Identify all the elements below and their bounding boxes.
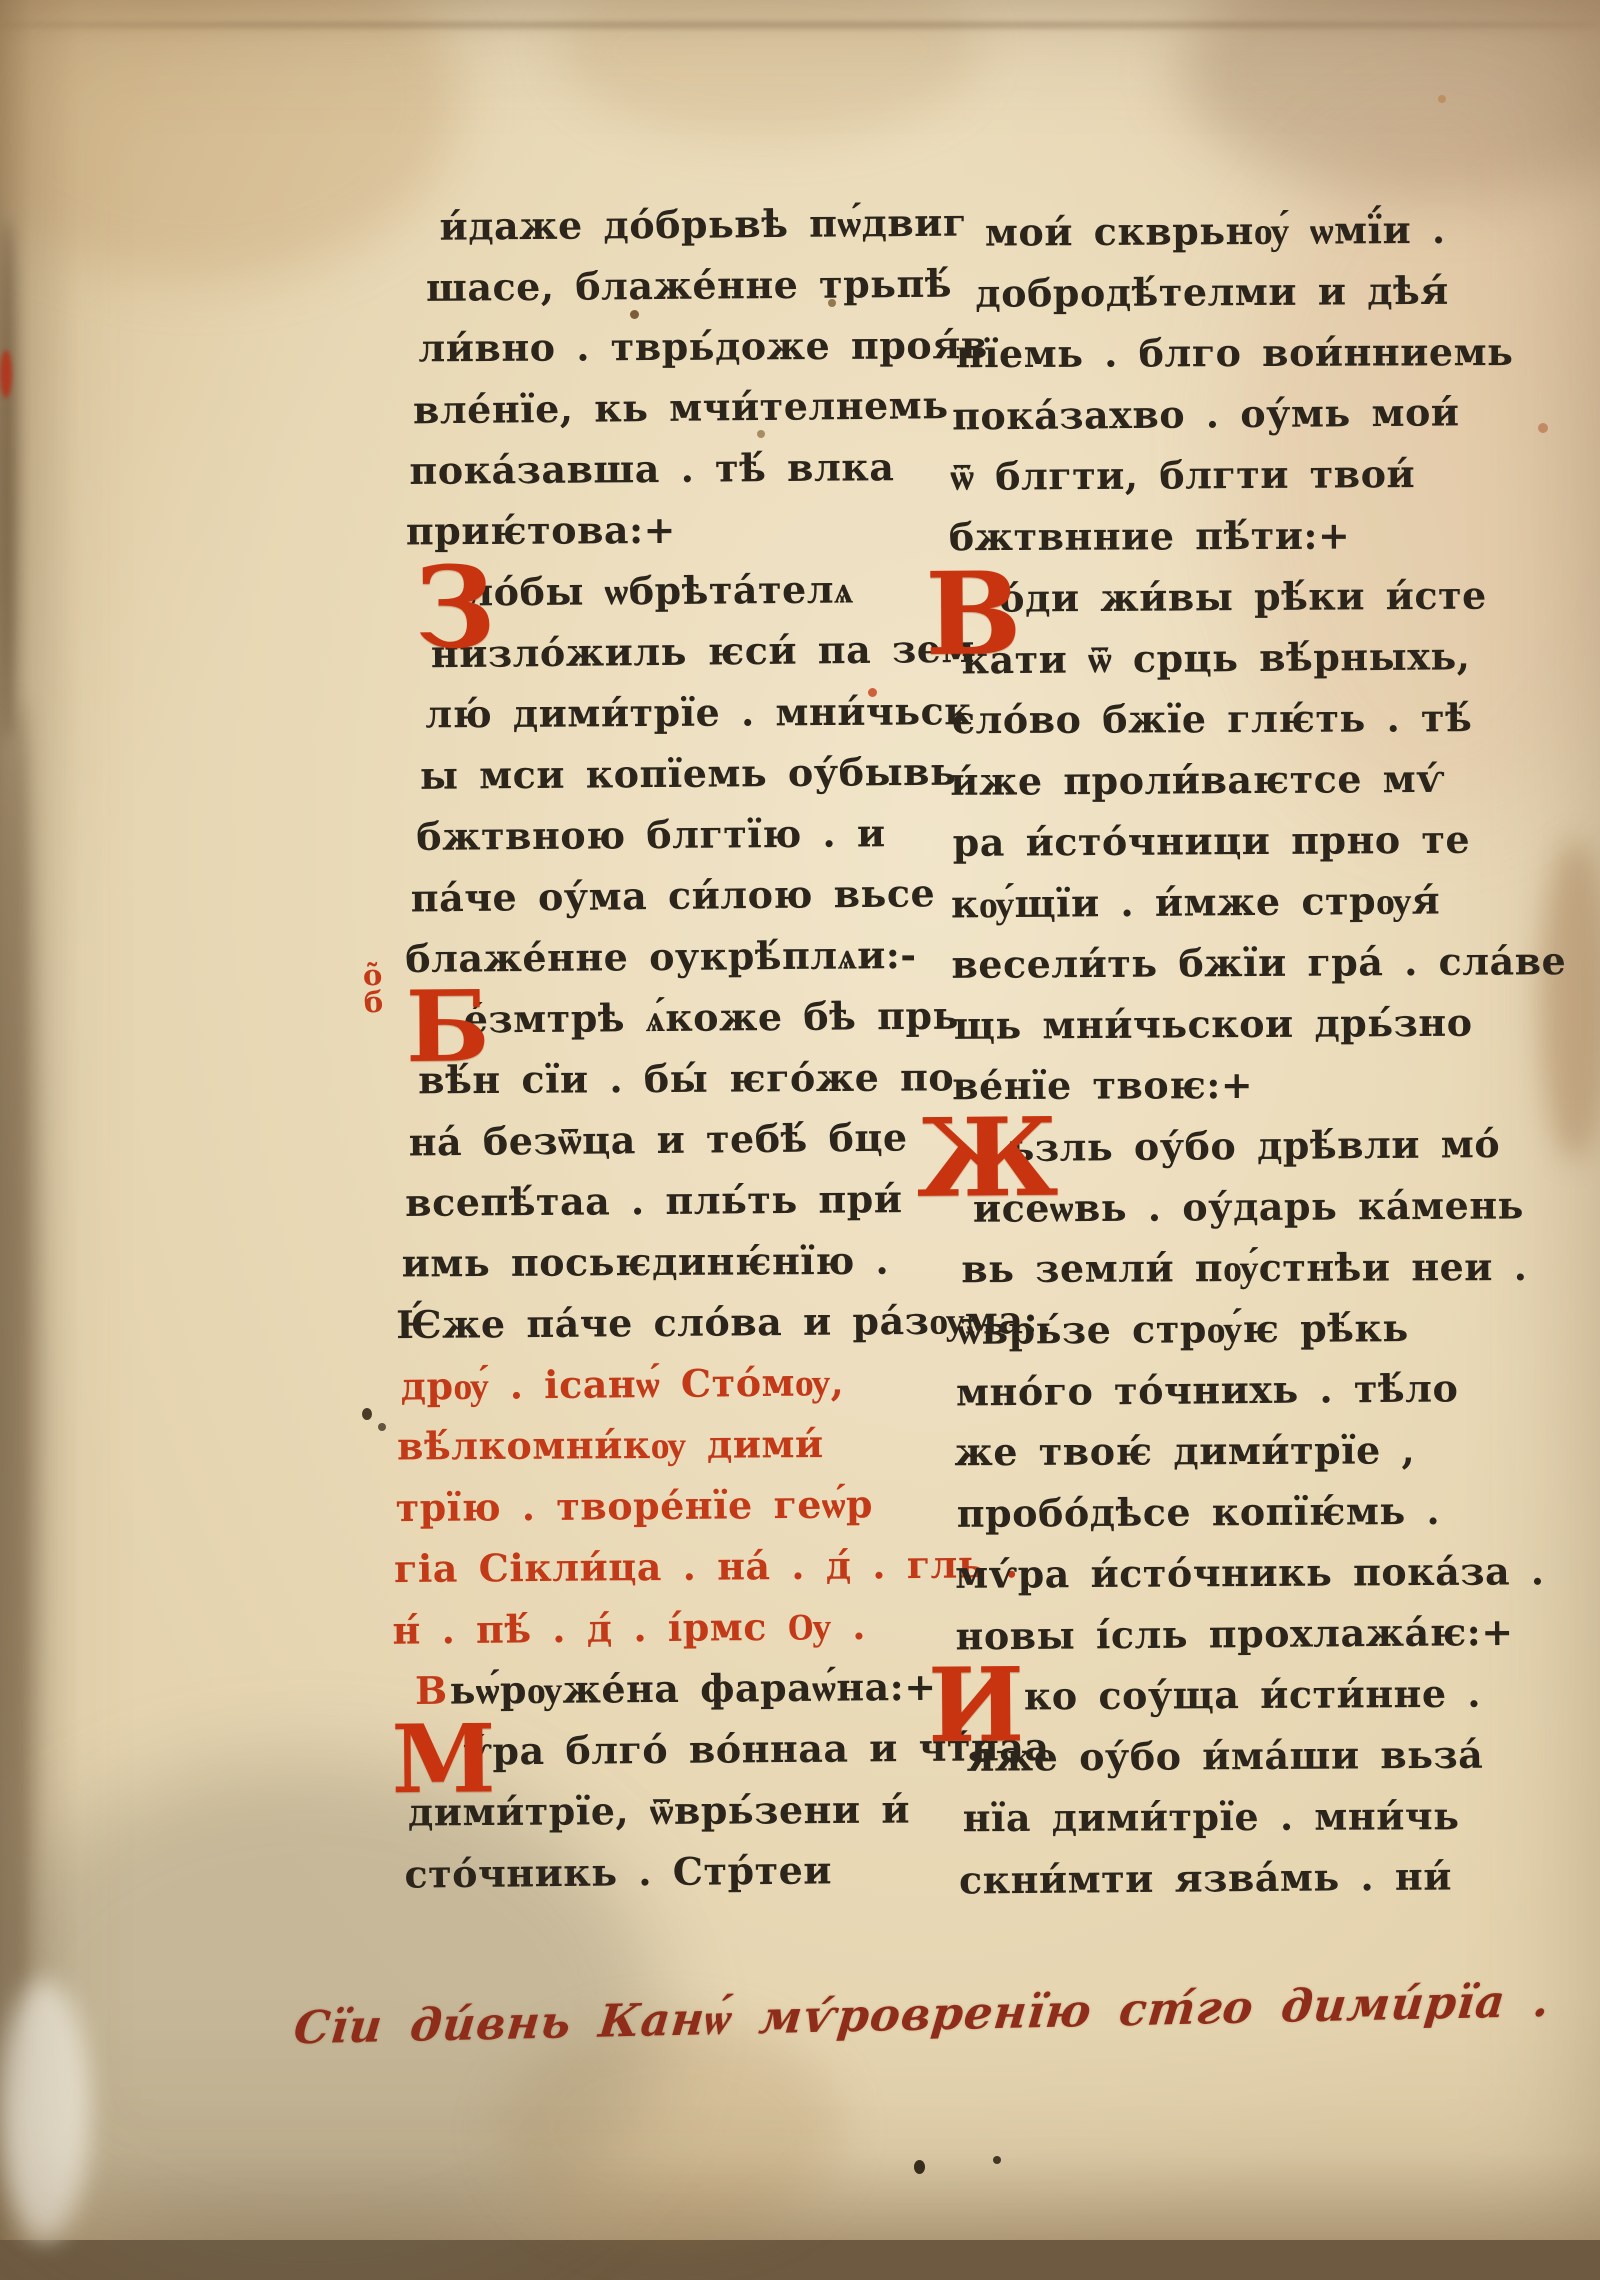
red-edge-mark	[0, 350, 12, 398]
text-line: пока́завша . тѣ́ влка	[363, 438, 949, 504]
line-text: всепѣ́таа . пль́ть при́	[405, 1176, 903, 1225]
drop-cap-initial: В	[925, 563, 1022, 664]
text-line: скни́мти язва́мь . ни́	[957, 1846, 1577, 1912]
text-line: и́же проли́ваѥтсе мѵ́	[950, 749, 1570, 814]
text-line: лю́ дими́трїе . мни́чьск	[365, 682, 951, 746]
page-edge	[0, 220, 16, 740]
text-line: кѹ́щїи . и́мже стрѹя́	[951, 870, 1571, 936]
text-line: весели́ть бжїи гра́ . сла́ве	[951, 932, 1571, 997]
text-line: бжтвнние пѣ́ти:+	[949, 506, 1569, 569]
text-line: Во́ди жи́вы рѣ́ки и́сте	[949, 566, 1569, 631]
line-text: ьзль оу́бо дрѣ́вли мо́	[1008, 1121, 1500, 1170]
ink-speck	[914, 2160, 925, 2174]
text-line: кати ѿ срць вѣ́рныхь,	[949, 626, 1569, 692]
line-text: мно́го то́чнихь . тѣ́ло	[956, 1365, 1459, 1414]
text-line: ли́вно . тврь́доже проя́в	[362, 316, 948, 380]
text-line: я́же оу́бо и́ма́ши вьза́	[956, 1725, 1576, 1790]
text-line: мои́ скврьнѹ́ ѡмї́и .	[947, 200, 1567, 265]
line-text: ло́бы ѡбрѣта́телѧ	[466, 566, 853, 614]
rubric-text-line: н́ . пѣ́ . д́ . і́рмс Ѹ .	[372, 1596, 959, 1663]
manuscript-page: и́даже до́брьвѣ пѡ́двигшасе, блаже́нне т…	[0, 0, 1600, 2240]
line-text: дрѹ́ . ісанѡ́ Сто́мѹ,	[400, 1359, 844, 1408]
margin-gloss-bottom: б	[350, 988, 397, 1017]
line-text: ко соу́ща и́сти́нне .	[1024, 1671, 1481, 1719]
stain	[560, 0, 980, 140]
line-text: и́даже до́брьвѣ пѡ́двиг	[439, 200, 967, 249]
line-text: ли́вно . тврь́доже проя́в	[418, 322, 987, 370]
line-text: нїемь . блго вои́нниемь	[956, 329, 1514, 376]
ink-speck	[993, 2156, 1001, 2164]
drop-cap-initial: Б	[405, 984, 490, 1071]
text-line: Зло́бы ѡбрѣта́телѧ	[364, 560, 950, 626]
rubric-text-line: гіа Сікли́ца . на́ . д́ . гль .	[372, 1536, 958, 1602]
page-edge	[0, 22, 1600, 28]
text-line: же твоѥ́ дими́трїе ,	[954, 1421, 1574, 1484]
line-text: мѵ́ра и́сто́чникь пока́за .	[955, 1548, 1545, 1597]
line-text: шасе, блаже́нне трьпѣ́	[426, 261, 952, 310]
text-line: бжтвною блгтїю . и	[366, 804, 952, 870]
line-text: вь земли́ пѹ́стнѣи неи .	[961, 1244, 1527, 1291]
line-text: трїю . творе́нїе геѡ́р	[395, 1481, 873, 1530]
line-text: пока́завша . тѣ́ влка	[409, 444, 894, 493]
text-line: щь мни́чьскои дрь́зно	[952, 993, 1572, 1058]
text-line: па́че оу́ма си́лою вьсе	[367, 864, 954, 931]
line-text: на́ безѿца и тебѣ́ бце	[408, 1115, 907, 1165]
text-line: имь посьѥдинѥ́нїю .	[370, 1231, 956, 1295]
rubric-text-line: трїю . творе́нїе геѡ́р	[371, 1475, 957, 1541]
line-text: н́ . пѣ́ . д́ . і́рмс Ѹ .	[392, 1603, 866, 1653]
line-text: ѿ блгти, блгти твои́	[950, 451, 1415, 499]
stain	[1180, 0, 1600, 200]
line-text: сто́чникь . Стр́теи	[404, 1847, 832, 1896]
drop-cap-initial: И	[928, 1661, 1025, 1751]
line-text: исеѡвь . оу́дарь ка́мень	[973, 1182, 1524, 1230]
line-text: ра и́сто́чници прно те	[953, 817, 1471, 865]
text-line: добродѣ́телми и дѣя́	[947, 261, 1567, 326]
text-line: Ѥ́же па́че сло́ва и ра́зѹма:.	[370, 1292, 956, 1358]
line-text: я́же оу́бо и́ма́ши вьза́	[966, 1732, 1483, 1780]
text-line: Бе́змтрѣ ѧ́коже бѣ прь	[368, 987, 954, 1053]
text-line: мно́го то́чнихь . тѣ́ло	[954, 1358, 1574, 1424]
margin-gloss: о̃ б	[349, 961, 397, 1017]
rubric-text-line: дрѹ́ . ісанѡ́ Сто́мѹ,	[370, 1352, 957, 1419]
line-text: имь посьѥдинѥ́нїю .	[402, 1238, 890, 1286]
line-text: лю́ дими́трїе . мни́чьск	[425, 688, 972, 736]
rubric-text-line: вѣ́лкомни́кѹ дими́	[371, 1414, 957, 1478]
text-line: нїа дими́трїе . мни́чь	[957, 1787, 1577, 1850]
line-text: кѹ́щїи . и́мже стрѹя́	[951, 878, 1440, 927]
page-edge	[0, 700, 38, 2100]
page-edge	[0, 1980, 90, 2240]
footer-rubric: Сїи ди́внь Канѡ́ мѵ́ровренїю ст́го дими́…	[291, 1975, 1516, 2055]
line-text: добродѣ́телми и дѣя́	[975, 268, 1449, 316]
line-text: низло́жиль ѥси́ па зем	[431, 626, 975, 676]
text-line: сто́чникь . Стр́теи	[374, 1840, 961, 1907]
line-text: вле́нїе, кь мчи́телнемь	[413, 382, 949, 432]
line-text: нїа дими́трїе . мни́чь	[963, 1793, 1460, 1840]
drop-cap-initial: З	[414, 559, 496, 658]
line-text: е́змтрѣ ѧ́коже бѣ прь	[464, 993, 959, 1042]
text-line: всепѣ́таа . пль́ть при́	[369, 1170, 955, 1236]
line-text: мои́ скврьнѹ́ ѡмї́и .	[985, 207, 1446, 255]
line-text: вѣ́лкомни́кѹ дими́	[397, 1421, 824, 1468]
line-text: весели́ть бжїи гра́ . сла́ве	[951, 938, 1566, 987]
line-text: скни́мти язва́мь . ни́	[959, 1853, 1452, 1902]
stain	[500, 2020, 840, 2240]
text-line: новы і́сль прохлажа́ѥ:+	[955, 1602, 1575, 1668]
line-text: пока́захво . оу́мь мои́	[952, 389, 1460, 438]
line-text: ьѡ́рѹже́на фараѡ́на:+	[449, 1664, 936, 1713]
line-text: ѿврь́зе стрѹ́ѥ рѣ́кь	[958, 1305, 1409, 1353]
line-text: новы і́сль прохлажа́ѥ:+	[955, 1609, 1513, 1659]
line-text: ы мси копїемь оу́бывь	[420, 749, 957, 798]
text-line: сло́во бжїе глѥ́ть . тѣ́	[950, 689, 1570, 752]
line-text: о́ди жи́вы рѣ́ки и́сте	[999, 573, 1487, 621]
line-text: же твоѥ́ дими́трїе ,	[954, 1427, 1415, 1474]
text-line: ѿ блгти, блгти твои́	[948, 444, 1568, 509]
line-text: пробо́дѣсе копїѥ́мь .	[957, 1488, 1441, 1536]
drop-cap-initial: М	[391, 1718, 496, 1802]
text-line: исеѡвь . оу́дарь ка́мень	[953, 1176, 1573, 1241]
text-column-right: мои́ скврьнѹ́ ѡмї́и .добродѣ́телми и дѣя…	[947, 200, 1577, 1912]
text-line: ѿврь́зе стрѹ́ѥ рѣ́кь	[953, 1298, 1573, 1363]
text-line: Жьзль оу́бо дрѣ́вли мо́	[952, 1114, 1572, 1180]
text-line: Мѵ́ра блго́ во́ннаа и чт́наа	[373, 1719, 959, 1785]
text-line: ы мси копїемь оу́бывь	[366, 743, 952, 809]
text-line: на́ безѿца и тебѣ́ бце	[368, 1108, 955, 1175]
line-text: бжтвною блгтїю . и	[416, 810, 886, 859]
text-line: вле́нїе, кь мчи́телнемь	[363, 376, 950, 443]
line-text: гіа Сікли́ца . на́ . д́ . гль .	[394, 1541, 1019, 1591]
line-text: па́че оу́ма си́лою вьсе	[411, 870, 936, 920]
text-line: Ико соу́ща и́сти́нне .	[956, 1664, 1576, 1729]
line-text: вѣ́н сїи . бы́ ѥго́же по	[418, 1054, 954, 1102]
line-text: щь мни́чьскои дрь́зно	[954, 1000, 1473, 1048]
text-line: нїемь . блго вои́нниемь	[948, 323, 1568, 386]
line-text: и́же проли́ваѥтсе мѵ́	[950, 756, 1445, 804]
text-line: и́даже до́брьвѣ пѡ́двиг	[361, 194, 947, 260]
text-line: шасе, блаже́нне трьпѣ́	[362, 255, 948, 321]
text-line: пока́захво . оу́мь мои́	[948, 382, 1568, 448]
stain	[1438, 95, 1446, 103]
line-text: кати ѿ срць вѣ́рныхь,	[961, 633, 1470, 682]
text-line: ра и́сто́чници прно те	[951, 810, 1571, 875]
text-line: пробо́дѣсе копїѥ́мь .	[955, 1481, 1575, 1546]
text-line: мѵ́ра и́сто́чникь пока́за .	[955, 1542, 1575, 1607]
text-column-left: и́даже до́брьвѣ пѡ́двигшасе, блаже́нне т…	[361, 194, 960, 1907]
line-text: сло́во бжїе глѥ́ть . тѣ́	[952, 695, 1472, 742]
text-line: вь земли́ пѹ́стнѣи неи .	[953, 1238, 1573, 1301]
